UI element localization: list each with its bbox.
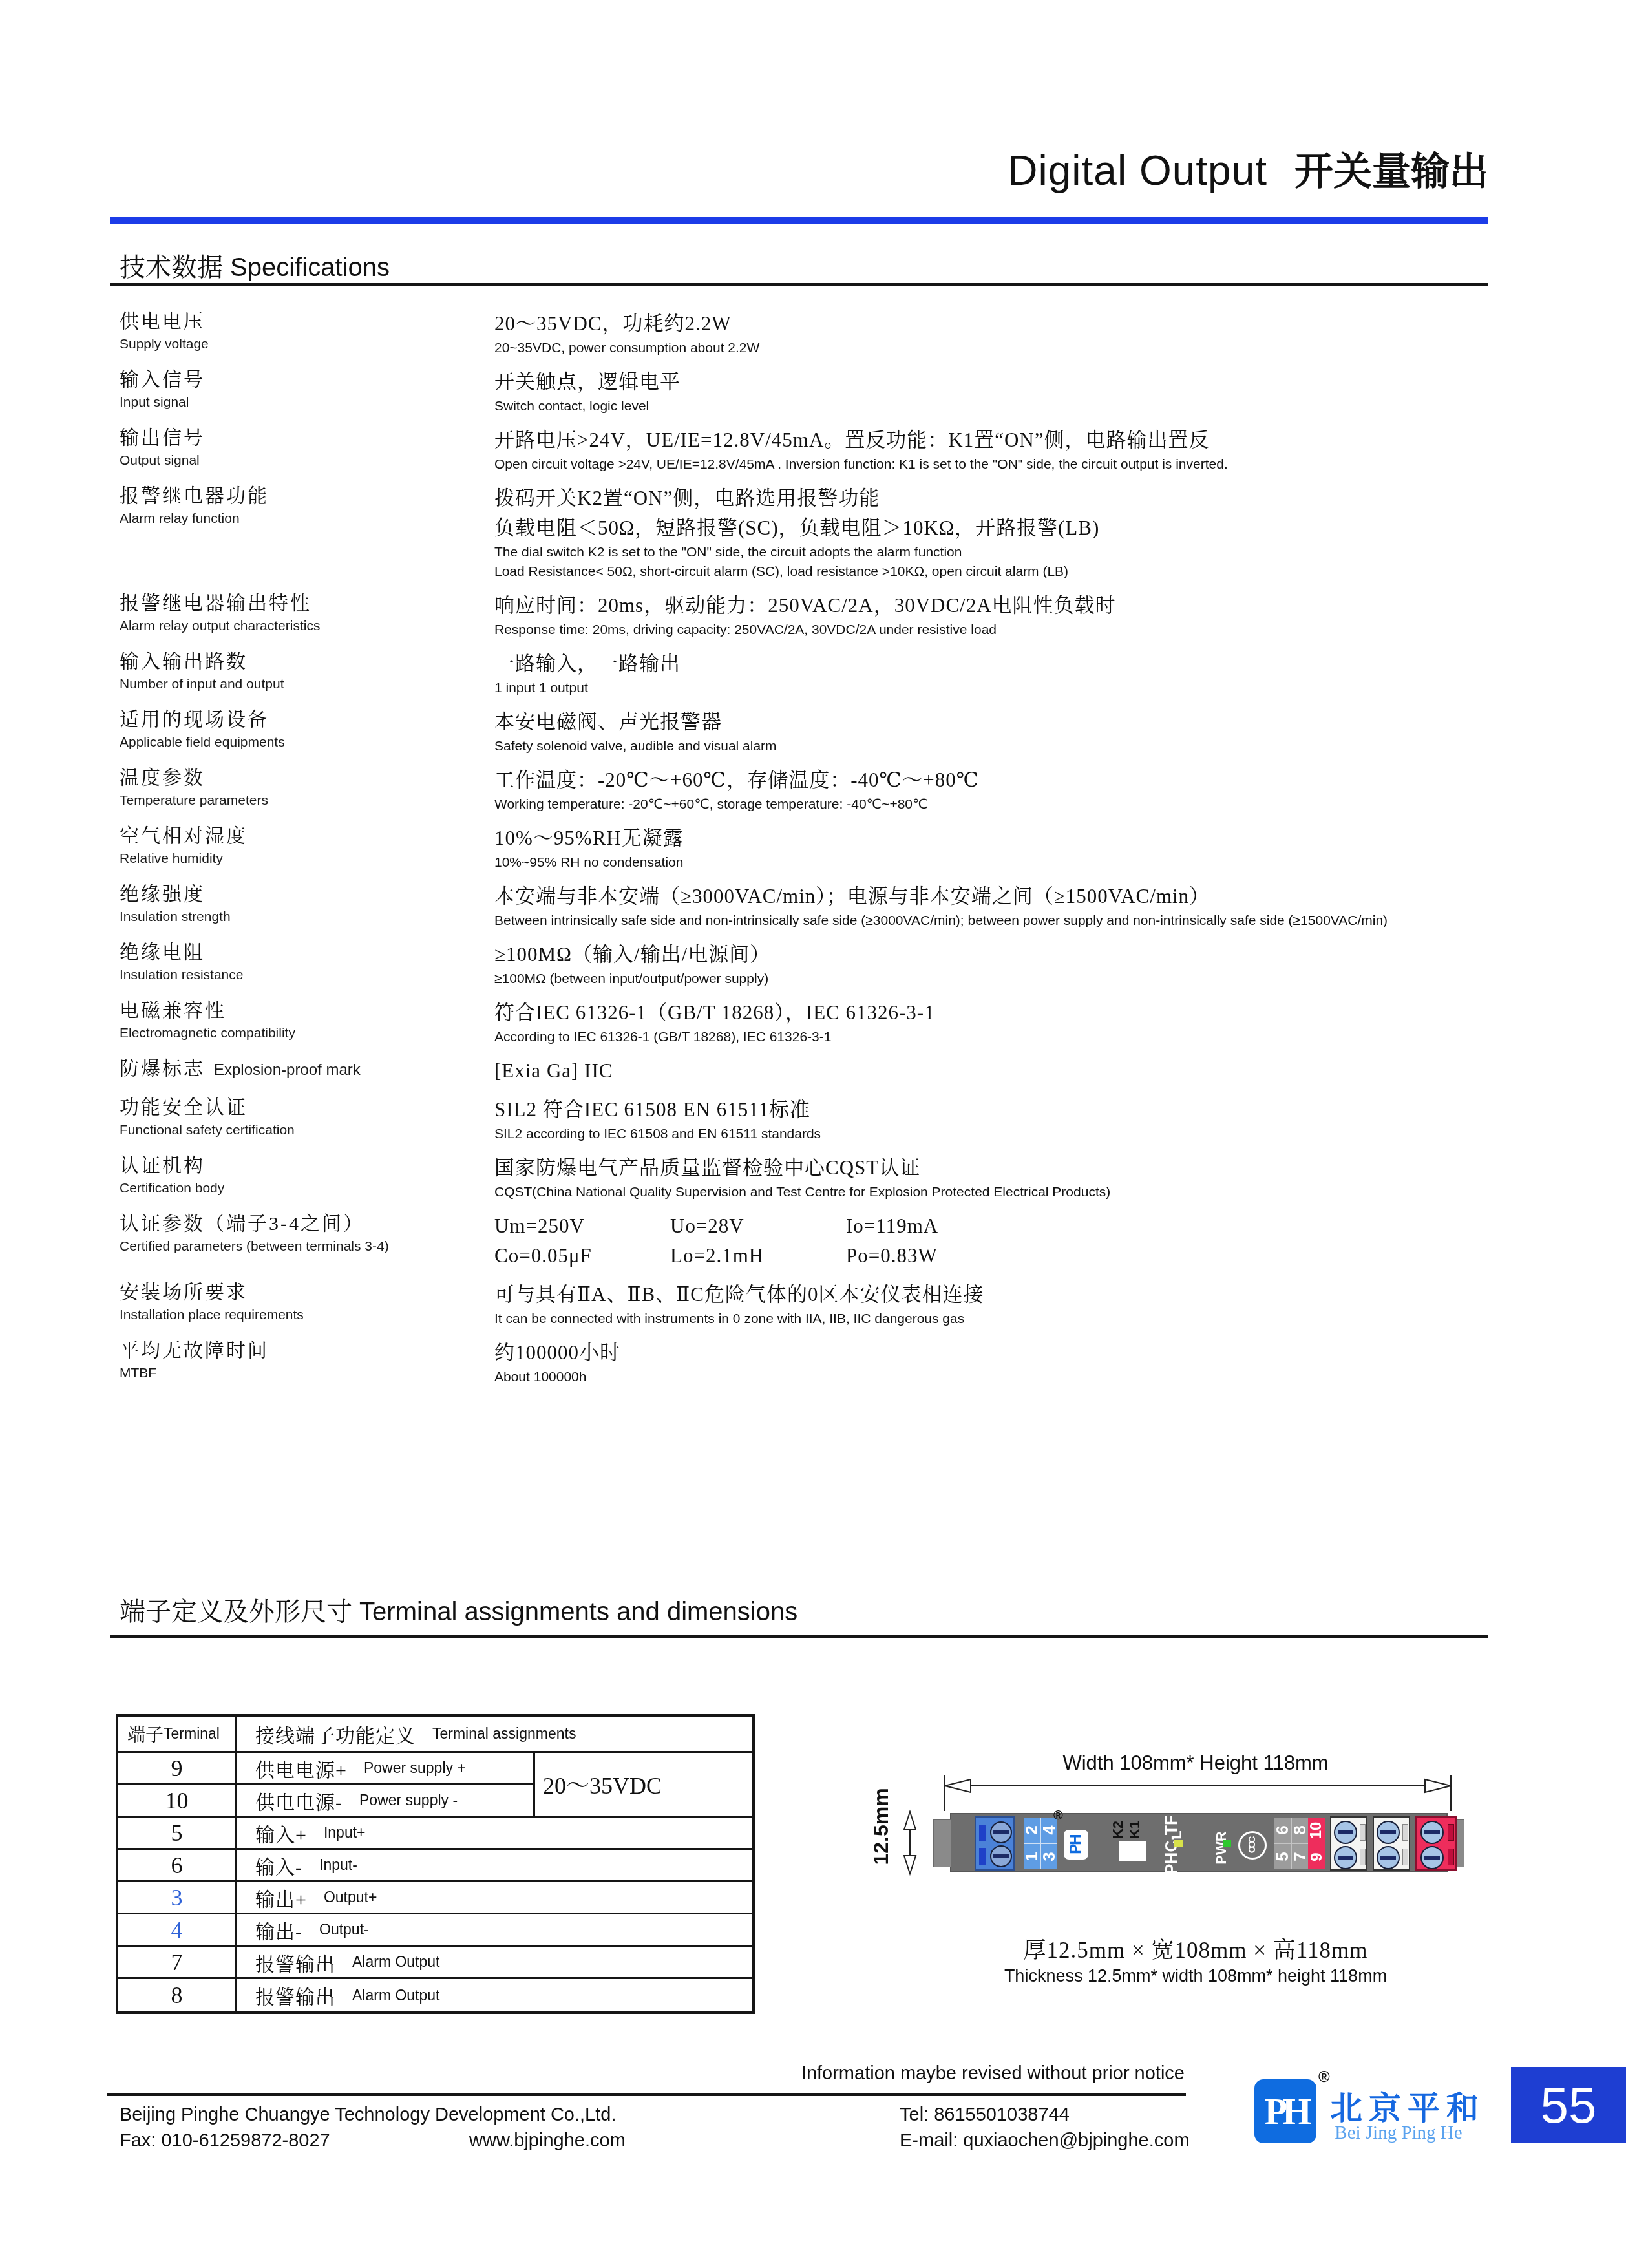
spec-label: 电磁兼容性Electromagnetic compatibility xyxy=(120,998,494,1047)
spec-row: 防爆标志Explosion-proof mark[Exia Ga] IIC xyxy=(120,1056,1488,1086)
footer-company: Beijing Pinghe Chuangye Technology Devel… xyxy=(120,2104,616,2126)
spec-value: 一路输入，一路输出1 input 1 output xyxy=(494,649,1488,698)
datasheet-page: Digital Output开关量输出 技术数据 Specifications … xyxy=(0,0,1626,2268)
terminal-rule xyxy=(110,1635,1488,1638)
white-terminal-block xyxy=(1330,1816,1367,1871)
led-pwr-icon xyxy=(1223,1840,1231,1847)
terminal-number: 7 xyxy=(1290,1852,1310,1861)
logo-name-en: Bei Jing Ping He xyxy=(1330,2123,1467,2144)
terminal-number: 4 xyxy=(1039,1825,1059,1834)
spec-value: 约100000小时About 100000h xyxy=(494,1338,1488,1387)
registered-mark-icon: ® xyxy=(1318,2068,1330,2086)
spec-label: 输出信号Output signal xyxy=(120,425,494,474)
screw-icon xyxy=(1420,1821,1444,1844)
terminal-mark xyxy=(1360,1849,1366,1865)
blue-terminal-block xyxy=(975,1816,1015,1871)
spec-value: 10%～95%RH无凝露10%~95% RH no condensation xyxy=(494,823,1488,873)
led-l-label: L xyxy=(1168,1830,1185,1839)
spec-label: 空气相对湿度Relative humidity xyxy=(120,823,494,873)
terminal-heading: 端子定义及外形尺寸 Terminal assignments and dimen… xyxy=(120,1591,797,1628)
spec-row: 适用的现场设备Applicable field equipments本安电磁阀、… xyxy=(120,707,1488,756)
footer-rule xyxy=(107,2093,1186,2096)
terminal-mark xyxy=(979,1848,986,1865)
spec-label: 适用的现场设备Applicable field equipments xyxy=(120,707,494,756)
spec-row: 认证参数（端子3-4之间）Certified parameters (betwe… xyxy=(120,1211,1488,1271)
table-cell-function: 供电电源+Power supply + xyxy=(237,1753,535,1785)
terminal-mark xyxy=(1448,1824,1454,1841)
table-row: 7 xyxy=(118,1947,237,1979)
table-header-assignments: 接线端子功能定义Terminal assignments xyxy=(237,1717,752,1753)
registered-mark-icon: ® xyxy=(1053,1808,1063,1823)
terminal-number: 9 xyxy=(1307,1852,1325,1861)
spec-value: 开路电压>24V，UE/IE=12.8V/45mA。置反功能：K1置“ON”侧，… xyxy=(494,425,1488,474)
spec-row: 报警继电器功能Alarm relay function拨码开关K2置“ON”侧，… xyxy=(120,483,1488,582)
spec-label: 输入信号Input signal xyxy=(120,367,494,416)
terminal-mark xyxy=(979,1825,986,1841)
table-cell-function: 供电电源-Power supply - xyxy=(237,1785,535,1818)
footer-tel: Tel: 8615501038744 xyxy=(900,2104,1070,2126)
spec-value: ≥100MΩ（输入/输出/电源间）≥100MΩ (between input/o… xyxy=(494,940,1488,989)
table-row: 9 xyxy=(118,1753,237,1785)
spec-label: 安装场所要求Installation place requirements xyxy=(120,1280,494,1329)
table-cell-function: 输出-Output- xyxy=(237,1914,752,1947)
dimension-width-label: Width 108mm* Height 118mm xyxy=(982,1752,1409,1775)
k1-label: K1 xyxy=(1126,1821,1143,1839)
footer-fax: Fax: 010-61259872-8027 xyxy=(120,2130,330,2152)
screw-icon xyxy=(1334,1846,1357,1869)
screw-icon xyxy=(1377,1821,1400,1844)
spec-label: 输入输出路数Number of input and output xyxy=(120,649,494,698)
white-terminal-block xyxy=(1373,1816,1410,1871)
spec-value: 开关触点，逻辑电平Switch contact, logic level xyxy=(494,367,1488,416)
spec-value: 本安电磁阀、声光报警器Safety solenoid valve, audibl… xyxy=(494,707,1488,756)
dimension-caption-en: Thickness 12.5mm* width 108mm* height 11… xyxy=(982,1966,1409,1986)
terminal-number-grid-left: 2 4 1 3 xyxy=(1024,1818,1057,1869)
led-pwr-label: PWR xyxy=(1213,1831,1230,1864)
terminal-number-strip-red: 10 9 xyxy=(1308,1818,1325,1869)
specifications-heading: 技术数据 Specifications xyxy=(120,247,390,284)
spec-label: 功能安全认证Functional safety certification xyxy=(120,1095,494,1144)
led-l-icon xyxy=(1174,1840,1183,1847)
spec-row: 功能安全认证Functional safety certificationSIL… xyxy=(120,1095,1488,1144)
terminal-mark xyxy=(1402,1849,1408,1865)
screw-icon xyxy=(1377,1846,1400,1869)
terminal-mark xyxy=(1402,1824,1408,1841)
spec-row: 安装场所要求Installation place requirements可与具… xyxy=(120,1280,1488,1329)
table-row: 10 xyxy=(118,1785,237,1818)
spec-value: [Exia Ga] IIC xyxy=(494,1056,1488,1086)
spec-row: 认证机构Certification body国家防爆电气产品质量监督检验中心CQ… xyxy=(120,1153,1488,1202)
spec-rows: 供电电压Supply voltage20～35VDC，功耗约2.2W20~35V… xyxy=(120,309,1488,1396)
spec-label: 认证机构Certification body xyxy=(120,1153,494,1202)
page-title-zh: 开关量输出 xyxy=(1294,150,1488,193)
spec-value: 符合IEC 61326-1（GB/T 18268），IEC 61326-3-1A… xyxy=(494,998,1488,1047)
screw-icon xyxy=(990,1845,1012,1867)
spec-value: 本安端与非本安端（≥3000VAC/min）；电源与非本安端之间（≥1500VA… xyxy=(494,882,1488,931)
dimension-caption-zh: 厚12.5mm × 宽108mm × 高118mm xyxy=(982,1933,1409,1965)
table-cell-supply-voltage: 20～35VDC xyxy=(535,1753,752,1818)
spec-label: 平均无故障时间MTBF xyxy=(120,1338,494,1387)
table-row: 5 xyxy=(118,1818,237,1850)
spec-value: Um=250VUo=28VIo=119mACo=0.05μFLo=2.1mHPo… xyxy=(494,1211,1488,1271)
spec-label: 防爆标志Explosion-proof mark xyxy=(120,1056,494,1086)
table-cell-function: 报警输出Alarm Output xyxy=(237,1979,752,2011)
table-row: 3 xyxy=(118,1882,237,1914)
terminal-number: 10 xyxy=(1307,1821,1325,1839)
screw-icon xyxy=(990,1821,1012,1843)
spec-label: 报警继电器功能Alarm relay function xyxy=(120,483,494,582)
revision-notice: Information maybe revised without prior … xyxy=(107,2063,1185,2084)
table-cell-function: 报警输出Alarm Output xyxy=(237,1947,752,1979)
red-terminal-block xyxy=(1415,1816,1457,1871)
k2-label: K2 xyxy=(1110,1821,1126,1839)
dip-switch xyxy=(1119,1841,1146,1861)
dimension-thickness-label: 12.5mm xyxy=(869,1815,893,1865)
table-cell-function: 输入-Input- xyxy=(237,1850,752,1882)
footer-website[interactable]: www.bjpinghe.com xyxy=(469,2130,626,2152)
spec-row: 报警继电器输出特性Alarm relay output characterist… xyxy=(120,591,1488,640)
page-title: Digital Output开关量输出 xyxy=(1008,141,1488,196)
terminal-number: 3 xyxy=(1039,1852,1059,1861)
spec-value: 工作温度：-20℃～+60℃，存储温度：-40℃～+80℃Working tem… xyxy=(494,765,1488,814)
table-row: 6 xyxy=(118,1850,237,1882)
spec-row: 平均无故障时间MTBF约100000小时About 100000h xyxy=(120,1338,1488,1387)
terminal-mark xyxy=(1448,1849,1454,1865)
spec-row: 供电电压Supply voltage20～35VDC，功耗约2.2W20~35V… xyxy=(120,309,1488,358)
spec-label: 绝缘电阻Insulation resistance xyxy=(120,940,494,989)
spec-row: 绝缘电阻Insulation resistance≥100MΩ（输入/输出/电源… xyxy=(120,940,1488,989)
spec-row: 电磁兼容性Electromagnetic compatibility符合IEC … xyxy=(120,998,1488,1047)
spec-value: 可与具有ⅡA、ⅡB、ⅡC危险气体的0区本安仪表相连接It can be conn… xyxy=(494,1280,1488,1329)
ccc-mark-icon: CCC xyxy=(1238,1831,1267,1860)
terminal-number-grid-right: 6 8 5 7 xyxy=(1274,1818,1308,1869)
spec-row: 输出信号Output signal开路电压>24V，UE/IE=12.8V/45… xyxy=(120,425,1488,474)
spec-value: 国家防爆电气产品质量监督检验中心CQST认证CQST(China Nationa… xyxy=(494,1153,1488,1202)
spec-label: 认证参数（端子3-4之间）Certified parameters (betwe… xyxy=(120,1211,494,1271)
table-cell-function: 输出+Output+ xyxy=(237,1882,752,1914)
terminal-table: 端子Terminal 接线端子功能定义Terminal assignments … xyxy=(116,1714,755,2014)
device-diagram: Width 108mm* Height 118mm 12.5mm 2 4 xyxy=(866,1745,1467,2004)
spec-label: 绝缘强度Insulation strength xyxy=(120,882,494,931)
screw-icon xyxy=(1334,1821,1357,1844)
spec-row: 输入输出路数Number of input and output一路输入，一路输… xyxy=(120,649,1488,698)
terminal-number: 8 xyxy=(1290,1825,1310,1834)
header-rule xyxy=(110,217,1488,224)
specifications-rule xyxy=(110,283,1488,286)
spec-row: 温度参数Temperature parameters工作温度：-20℃～+60℃… xyxy=(120,765,1488,814)
spec-row: 空气相对湿度Relative humidity10%～95%RH无凝露10%~9… xyxy=(120,823,1488,873)
terminal-mark xyxy=(1360,1824,1366,1841)
table-cell-function: 输入+Input+ xyxy=(237,1818,752,1850)
ph-logo: PH xyxy=(1254,2079,1316,2143)
table-row: 4 xyxy=(118,1914,237,1947)
footer-email[interactable]: E-mail: quxiaochen@bjpinghe.com xyxy=(900,2130,1190,2152)
ph-logo-device: PH xyxy=(1064,1830,1088,1860)
spec-label: 温度参数Temperature parameters xyxy=(120,765,494,814)
page-number-badge: 55 xyxy=(1511,2067,1626,2143)
spec-row: 输入信号Input signal开关触点，逻辑电平Switch contact,… xyxy=(120,367,1488,416)
screw-icon xyxy=(1420,1846,1444,1869)
spec-label: 供电电压Supply voltage xyxy=(120,309,494,358)
table-row: 8 xyxy=(118,1979,237,2011)
spec-value: 20～35VDC，功耗约2.2W20~35VDC, power consumpt… xyxy=(494,309,1488,358)
spec-value: 拨码开关K2置“ON”侧，电路选用报警功能负载电阻＜50Ω，短路报警(SC)，负… xyxy=(494,483,1488,582)
spec-value: 响应时间：20ms，驱动能力：250VAC/2A，30VDC/2A电阻性负载时R… xyxy=(494,591,1488,640)
spec-value: SIL2 符合IEC 61508 EN 61511标准SIL2 accordin… xyxy=(494,1095,1488,1144)
spec-label: 报警继电器输出特性Alarm relay output characterist… xyxy=(120,591,494,640)
page-title-en: Digital Output xyxy=(1008,147,1267,194)
table-header-terminal: 端子Terminal xyxy=(118,1717,237,1753)
spec-row: 绝缘强度Insulation strength本安端与非本安端（≥3000VAC… xyxy=(120,882,1488,931)
device-left-tab xyxy=(933,1819,951,1867)
